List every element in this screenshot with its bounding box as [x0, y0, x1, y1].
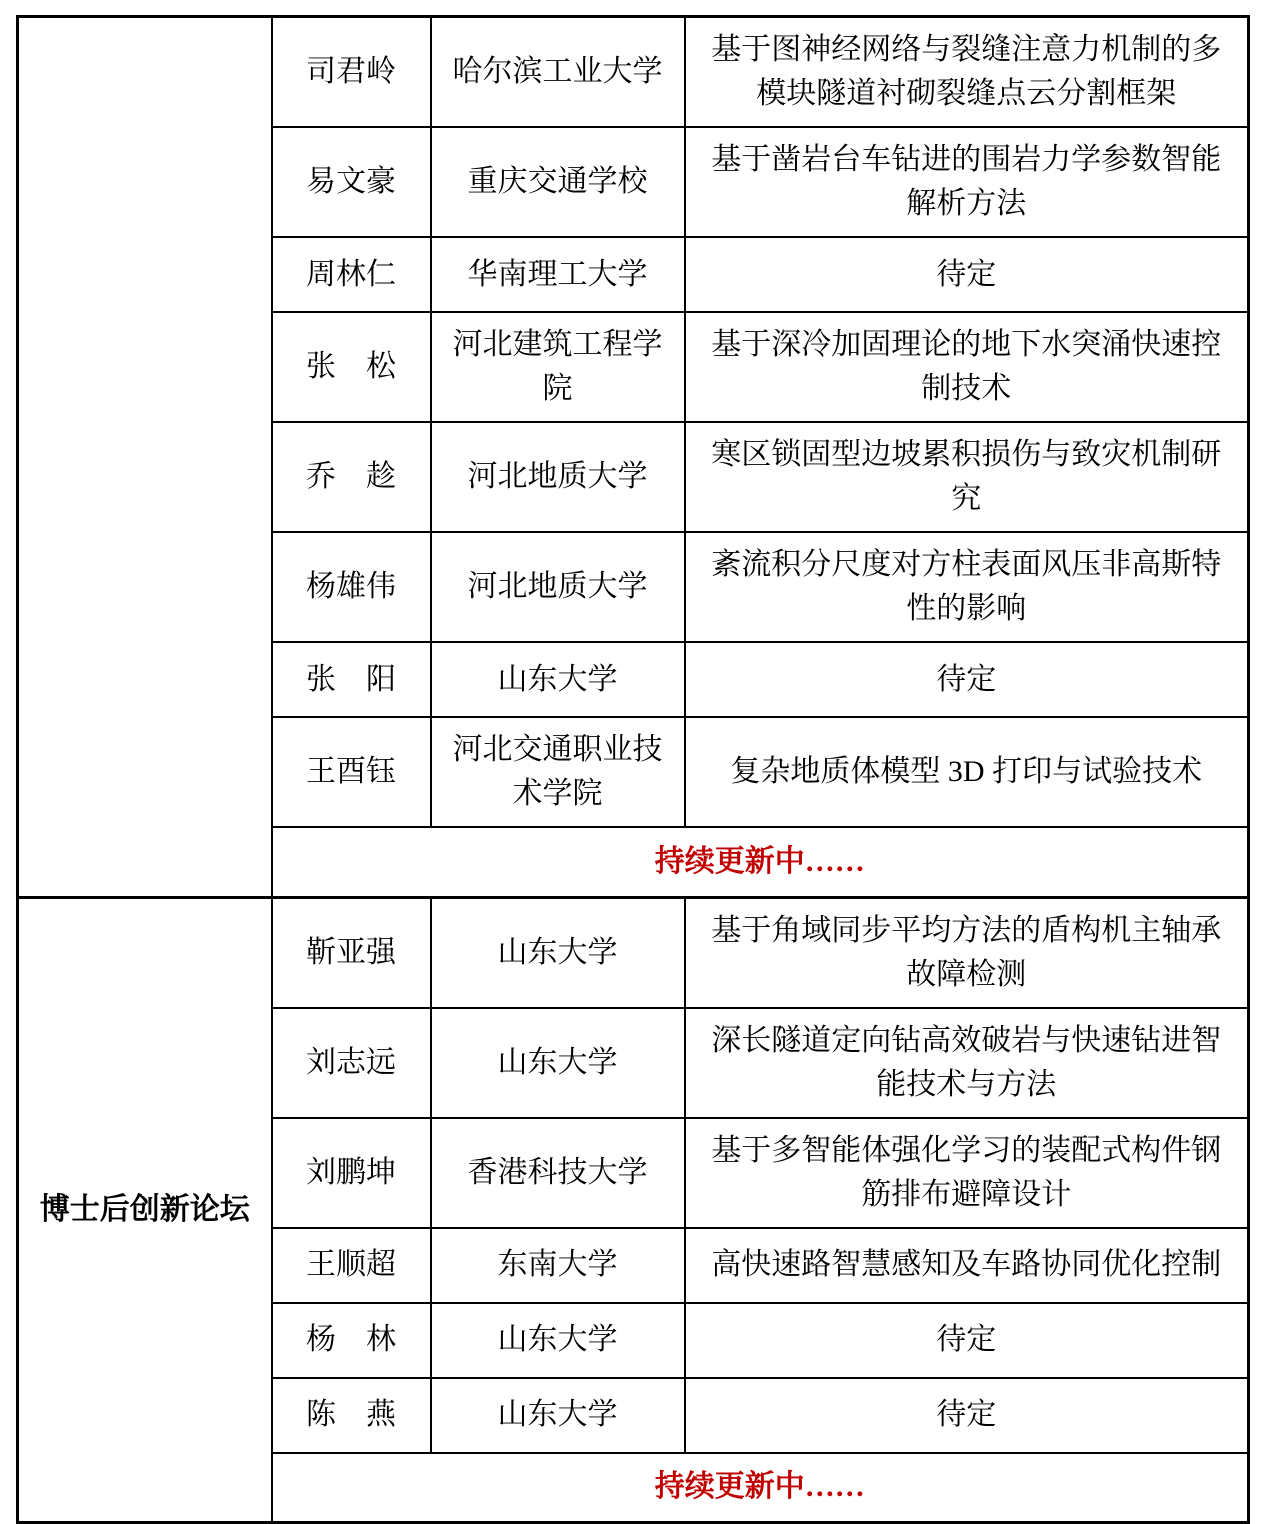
org-cell: 东南大学 [431, 1228, 685, 1303]
topic-cell: 紊流积分尺度对方柱表面风压非高斯特性的影响 [685, 532, 1249, 642]
name-cell: 杨 林 [272, 1303, 431, 1378]
name-cell: 靳亚强 [272, 897, 431, 1008]
topic-cell: 基于多智能体强化学习的装配式构件钢筋排布避障设计 [685, 1118, 1249, 1228]
topic-cell: 寒区锁固型边坡累积损伤与致灾机制研究 [685, 422, 1249, 532]
topic-cell: 待定 [685, 642, 1249, 717]
org-cell: 山东大学 [431, 642, 685, 717]
footer-cell: 持续更新中…… [272, 1453, 1249, 1523]
name-cell: 刘鹏坤 [272, 1118, 431, 1228]
name-cell: 司君岭 [272, 17, 431, 128]
org-cell: 哈尔滨工业大学 [431, 17, 685, 128]
topic-cell: 待定 [685, 237, 1249, 312]
topic-cell: 复杂地质体模型 3D 打印与试验技术 [685, 717, 1249, 827]
name-cell: 张 松 [272, 312, 431, 422]
org-cell: 山东大学 [431, 1008, 685, 1118]
topic-cell: 基于凿岩台车钻进的围岩力学参数智能解析方法 [685, 127, 1249, 237]
name-cell: 王顺超 [272, 1228, 431, 1303]
table-row: 司君岭哈尔滨工业大学基于图神经网络与裂缝注意力机制的多模块隧道衬砌裂缝点云分割框… [18, 17, 1249, 128]
topic-cell: 待定 [685, 1303, 1249, 1378]
org-cell: 河北地质大学 [431, 422, 685, 532]
org-cell: 香港科技大学 [431, 1118, 685, 1228]
org-cell: 河北建筑工程学院 [431, 312, 685, 422]
name-cell: 杨雄伟 [272, 532, 431, 642]
category-cell [18, 17, 272, 898]
name-cell: 易文豪 [272, 127, 431, 237]
org-cell: 山东大学 [431, 897, 685, 1008]
table-body: 司君岭哈尔滨工业大学基于图神经网络与裂缝注意力机制的多模块隧道衬砌裂缝点云分割框… [18, 17, 1249, 1523]
name-cell: 陈 燕 [272, 1378, 431, 1453]
topic-cell: 待定 [685, 1378, 1249, 1453]
org-cell: 山东大学 [431, 1303, 685, 1378]
org-cell: 河北地质大学 [431, 532, 685, 642]
topic-cell: 高快速路智慧感知及车路协同优化控制 [685, 1228, 1249, 1303]
org-cell: 河北交通职业技术学院 [431, 717, 685, 827]
name-cell: 乔 趁 [272, 422, 431, 532]
name-cell: 王酉钰 [272, 717, 431, 827]
topic-cell: 基于角域同步平均方法的盾构机主轴承故障检测 [685, 897, 1249, 1008]
org-cell: 重庆交通学校 [431, 127, 685, 237]
table-row: 博士后创新论坛靳亚强山东大学基于角域同步平均方法的盾构机主轴承故障检测 [18, 897, 1249, 1008]
category-cell: 博士后创新论坛 [18, 897, 272, 1523]
topic-cell: 深长隧道定向钻高效破岩与快速钻进智能技术与方法 [685, 1008, 1249, 1118]
topic-cell: 基于深冷加固理论的地下水突涌快速控制技术 [685, 312, 1249, 422]
topic-cell: 基于图神经网络与裂缝注意力机制的多模块隧道衬砌裂缝点云分割框架 [685, 17, 1249, 128]
footer-cell: 持续更新中…… [272, 827, 1249, 897]
participants-table: 司君岭哈尔滨工业大学基于图神经网络与裂缝注意力机制的多模块隧道衬砌裂缝点云分割框… [16, 15, 1250, 1524]
name-cell: 张 阳 [272, 642, 431, 717]
name-cell: 周林仁 [272, 237, 431, 312]
name-cell: 刘志远 [272, 1008, 431, 1118]
org-cell: 华南理工大学 [431, 237, 685, 312]
org-cell: 山东大学 [431, 1378, 685, 1453]
participants-table-container: 司君岭哈尔滨工业大学基于图神经网络与裂缝注意力机制的多模块隧道衬砌裂缝点云分割框… [16, 15, 1250, 1524]
